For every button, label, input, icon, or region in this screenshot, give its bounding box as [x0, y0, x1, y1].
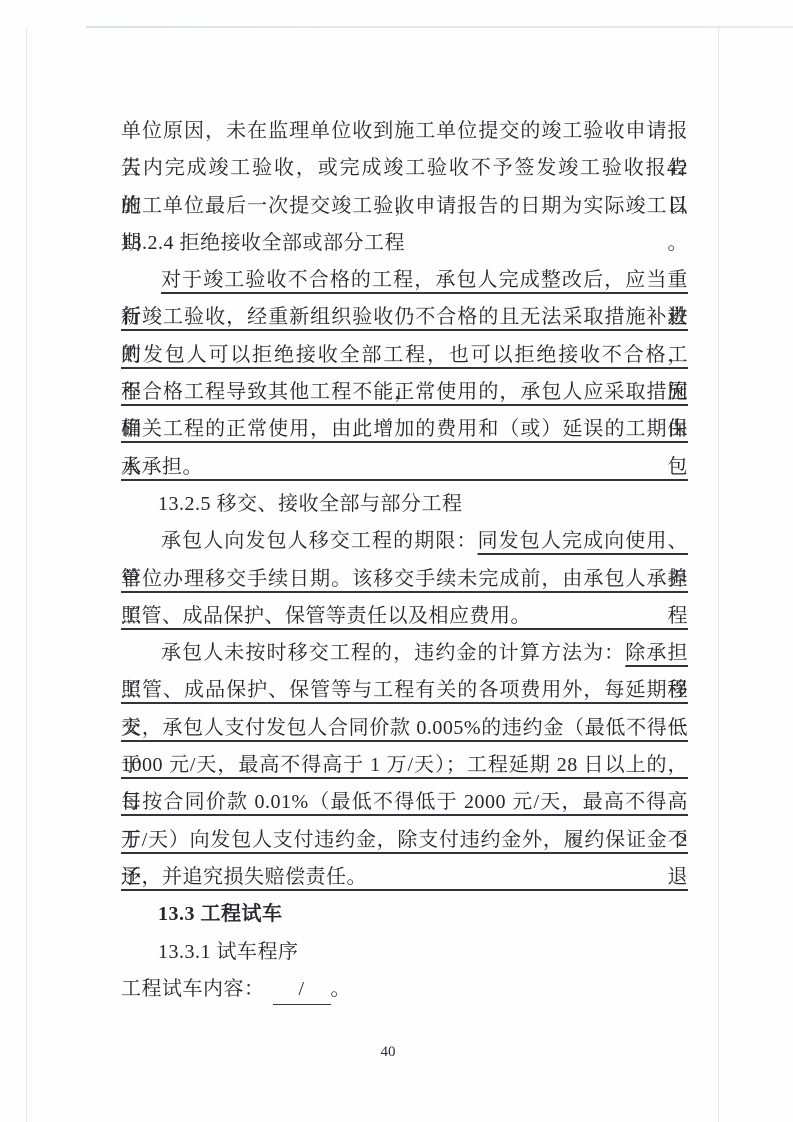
sentence-period: 。 — [331, 978, 352, 1000]
section-heading-13-3: 13.3 工程试车 — [121, 896, 688, 933]
document-content: 单位原因，未在监理单位收到施工单位提交的竣工验收申请报告 42 天内完成竣工验收… — [121, 113, 688, 1008]
scan-edge-right — [718, 28, 719, 1122]
paragraph-2-line-1: 对于竣工验收不合格的工程，承包人完成整改后，应当重新进 — [121, 262, 688, 299]
paragraph-1-line-1: 单位原因，未在监理单位收到施工单位提交的竣工验收申请报告 42 — [121, 113, 688, 150]
paragraph-4-line-4: 1000 元/天，最高不得高于 1 万/天）；工程延期 28 日以上的，每 — [121, 747, 688, 784]
paragraph-4-line-5: 日按合同价款 0.01%（最低不得低于 2000 元/天，最高不得高于 2 — [121, 784, 688, 821]
plain-text: 承包人未按时移交工程的，违约金的计算方法为： — [161, 642, 625, 664]
scan-edge-left — [26, 28, 27, 1122]
scan-edge-top — [86, 26, 793, 28]
paragraph-2-line-2: 行竣工验收，经重新组织验收仍不合格的且无法采取措施补救的， — [121, 299, 688, 336]
paragraph-4-line-2: 照管、成品保护、保管等与工程有关的各项费用外，每延期移交一 — [121, 672, 688, 709]
document-page: 单位原因，未在监理单位收到施工单位提交的竣工验收申请报告 42 天内完成竣工验收… — [0, 0, 793, 1122]
underlined-text: 相关工程的正常使用，由此增加的费用和（或）延误的工期由承包 — [121, 418, 688, 477]
test-run-content-line: 工程试车内容：/。 — [121, 971, 688, 1008]
page-number: 40 — [368, 1044, 408, 1061]
paragraph-2-line-5: 相关工程的正常使用，由此增加的费用和（或）延误的工期由承包 — [121, 411, 688, 448]
fill-in-blank: / — [273, 974, 331, 1005]
section-heading-13-2-5: 13.2.5 移交、接收全部与部分工程 — [121, 486, 688, 523]
paragraph-2-line-4: 不合格工程导致其他工程不能正常使用的，承包人应采取措施确保 — [121, 374, 688, 411]
field-label: 工程试车内容： — [121, 978, 265, 1000]
underlined-text: 人承担。 — [121, 456, 203, 478]
paragraph-3-line-1: 承包人向发包人移交工程的期限：同发包人完成向使用、管养 — [121, 523, 688, 560]
plain-text: 承包人向发包人移交工程的期限： — [161, 530, 478, 552]
paragraph-4-line-3: 天，承包人支付发包人合同价款 0.005%的违约金（最低不得低于 — [121, 710, 688, 747]
underlined-text: 还，并追究损失赔偿责任。 — [121, 866, 367, 888]
paragraph-2-line-3: 则发包人可以拒绝接收全部工程，也可以拒绝接收不合格工程，因 — [121, 337, 688, 374]
section-heading-13-3-1: 13.3.1 试车程序 — [121, 934, 688, 971]
underlined-text: 照管、成品保护、保管等责任以及相应费用。 — [121, 605, 531, 627]
paragraph-4-line-6: 万/天）向发包人支付违约金，除支付违约金外，履约保证金不予退 — [121, 822, 688, 859]
paragraph-1-line-3: 施工单位最后一次提交竣工验收申请报告的日期为实际竣工日期。 — [121, 188, 688, 225]
paragraph-4-line-1: 承包人未按时移交工程的，违约金的计算方法为：除承担工程 — [121, 635, 688, 672]
paragraph-3-line-2: 单位办理移交手续日期。该移交手续未完成前，由承包人承担工程 — [121, 561, 688, 598]
paragraph-1-line-2: 天内完成竣工验收，或完成竣工验收不予签发竣工验收报告的，以 — [121, 150, 688, 187]
